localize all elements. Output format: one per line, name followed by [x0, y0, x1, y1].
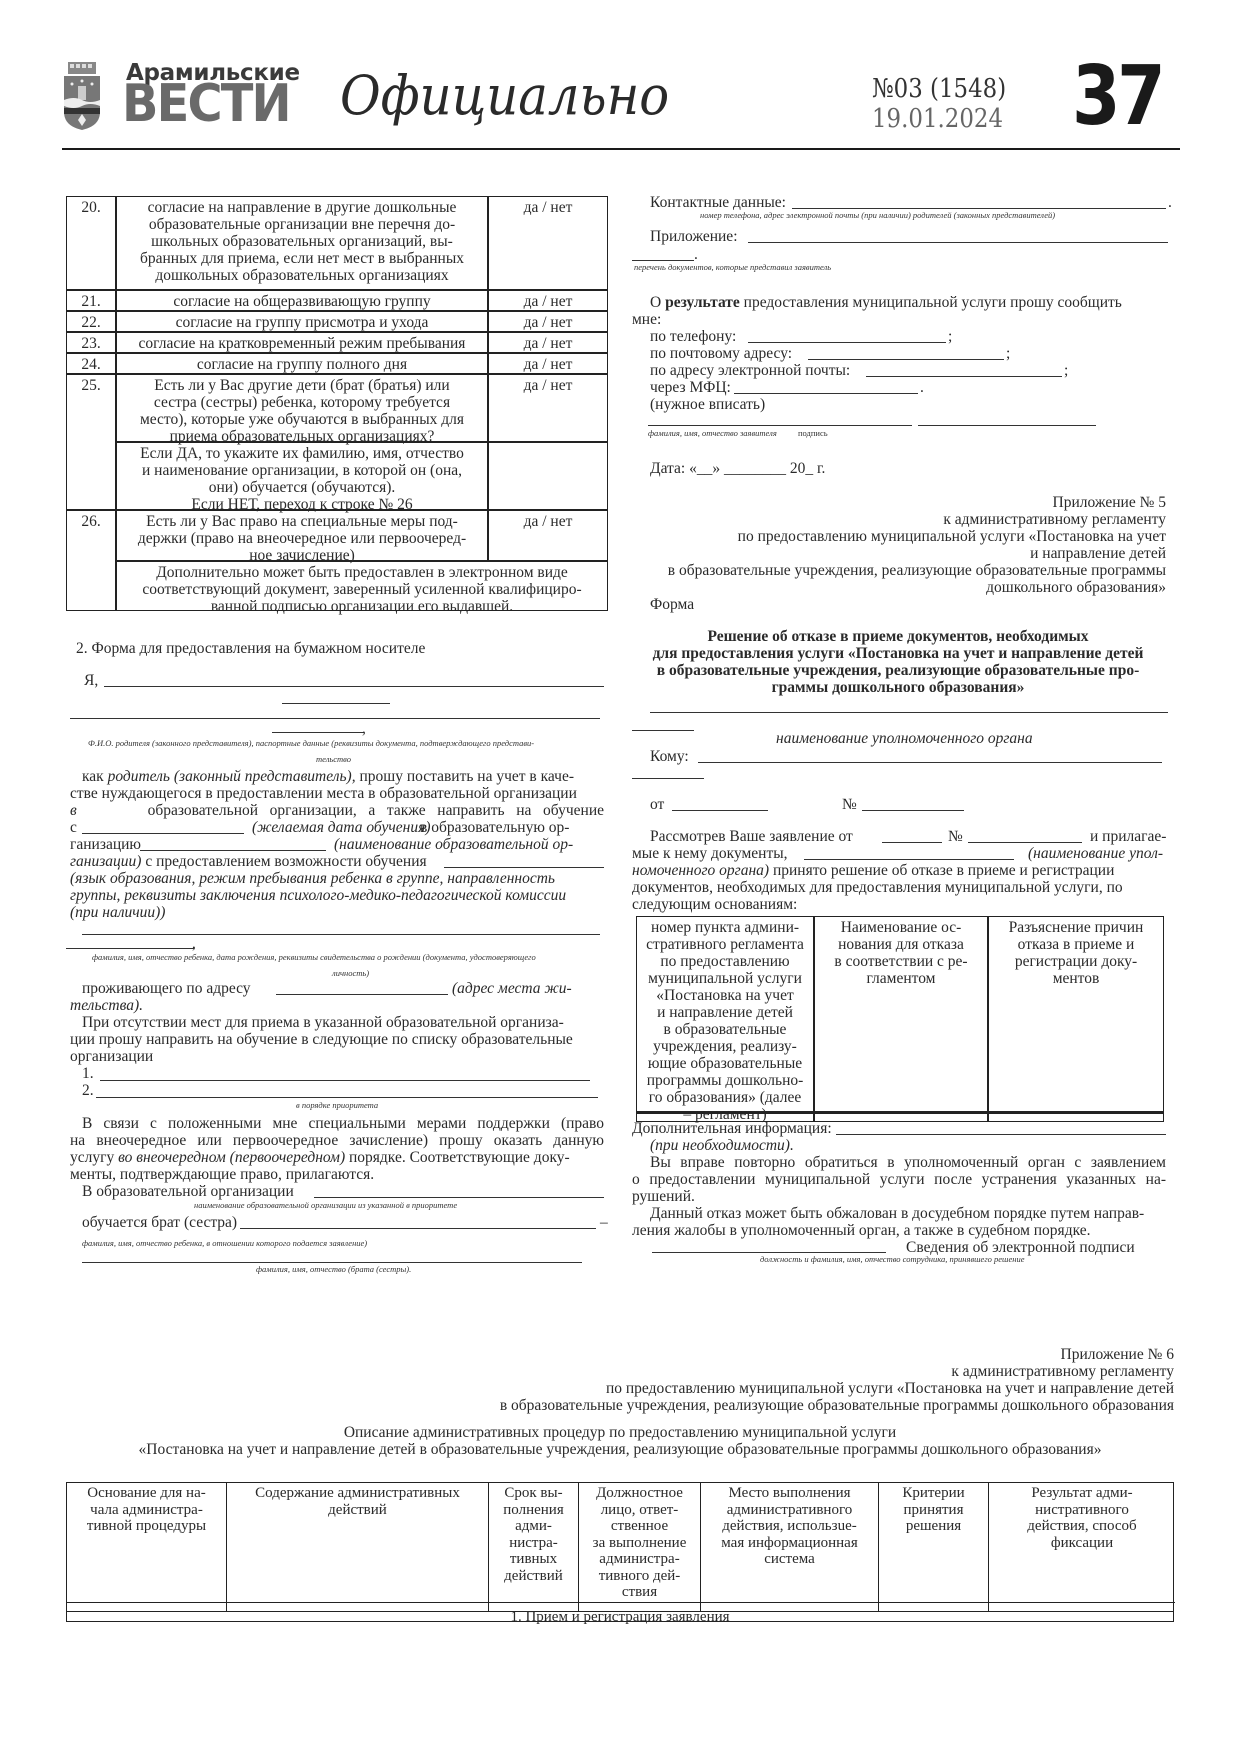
- appeal-line1: Данный отказ может быть обжалован в досу…: [650, 1205, 1144, 1222]
- appendix-6-header: Приложение № 6к административному реглам…: [380, 1346, 1174, 1414]
- brand-name-main: ВЕСТИ: [122, 78, 290, 130]
- sibling-label: обучается брат (сестра): [82, 1214, 237, 1231]
- reapply-line1: Вы вправе повторно обратиться в уполномо…: [650, 1154, 1166, 1171]
- extra-info-field[interactable]: [836, 1134, 1166, 1135]
- organ-name-field[interactable]: [804, 859, 1014, 860]
- procedures-header-cell: Место выполненияадминистративногодействи…: [701, 1483, 879, 1602]
- hint-parent-cont: тельство: [316, 754, 351, 764]
- para-parent-line6: ганизации) с предоставлением возможности…: [70, 853, 427, 870]
- hint-child-ref: фамилия, имя, отчество ребенка, в отноше…: [82, 1238, 367, 1248]
- signature-field[interactable]: [918, 425, 1096, 426]
- number-field[interactable]: [862, 810, 964, 811]
- considered-line2: мые к нему документы,: [632, 845, 788, 862]
- app-date-field[interactable]: [882, 842, 942, 843]
- paper-form-heading: 2. Форма для предоставления на бумажном …: [76, 640, 425, 657]
- para-no-places-line1: При отсутствии мест для приема в указанн…: [82, 1014, 564, 1031]
- considered-line1: Рассмотрев Ваше заявление от: [650, 828, 853, 845]
- priority-2-field[interactable]: [96, 1097, 598, 1098]
- priority-1-field[interactable]: [100, 1080, 590, 1081]
- fill-needed-note: (нужное вписать): [650, 396, 765, 413]
- hint-org: наименование образовательной организации…: [194, 1200, 457, 1210]
- by-phone-label: по телефону:: [650, 328, 736, 345]
- study-options-field[interactable]: [444, 867, 604, 868]
- procedures-empty-cell: [67, 1602, 227, 1611]
- para-parent-line3: вобразовательной организации, а также на…: [70, 802, 604, 819]
- child-info-field-cont[interactable]: [66, 948, 194, 949]
- contacts-label: Контактные данные:: [650, 194, 786, 211]
- attachment-field-cont[interactable]: [632, 260, 694, 261]
- official-field[interactable]: [652, 1252, 886, 1253]
- masthead-divider: [62, 148, 1180, 150]
- refusal-empty-cell: [814, 1112, 988, 1122]
- refusal-header-cell: Разъяснение причинотказа в приеме ирегис…: [988, 916, 1164, 1112]
- org-name-hint: (наименование образовательной ор-: [334, 836, 573, 853]
- hint-priority: в порядке приоритета: [296, 1100, 378, 1110]
- hint-signature: подпись: [798, 428, 828, 438]
- priority-1-label: 1.: [82, 1065, 94, 1082]
- dash: –: [600, 1214, 608, 1231]
- number-label: №: [842, 796, 857, 813]
- app-number-field[interactable]: [968, 842, 1082, 843]
- semicolon: ;: [948, 328, 952, 345]
- para-parent-line7: (язык образования, режим пребывания ребе…: [70, 870, 555, 887]
- parent-name-field[interactable]: [104, 686, 604, 687]
- by-email-label: по адресу электронной почты:: [650, 362, 850, 379]
- email-field[interactable]: [866, 376, 1062, 377]
- hint-applicant: фамилия, имя, отчество заявителя: [648, 428, 777, 438]
- procedures-header-cell: Результат адми-нистративногодействия, сп…: [989, 1483, 1175, 1602]
- considered-line5: следующим основаниям:: [632, 896, 797, 913]
- address-hint-cont: тельства).: [70, 997, 143, 1014]
- from-label: от: [650, 796, 664, 813]
- refusal-header-cell: номер пункта админи-стративного регламен…: [636, 916, 814, 1112]
- parent-name-field-cont[interactable]: [282, 703, 390, 704]
- appeal-line2: ления жалобы в уполномоченный орган, а т…: [632, 1222, 1090, 1239]
- dot: .: [1168, 194, 1172, 211]
- extra-info-label: Дополнительная информация:: [632, 1120, 832, 1137]
- procedures-empty-cell: [989, 1602, 1175, 1611]
- issue-number: №03 (1548): [872, 74, 1006, 104]
- to-label: Кому:: [650, 748, 689, 765]
- hint-child: фамилия, имя, отчество ребенка, дата рож…: [92, 952, 536, 962]
- to-field-cont[interactable]: [632, 778, 704, 779]
- comma: ,: [362, 720, 366, 737]
- org-name-field[interactable]: [140, 850, 326, 851]
- sibling-child-field[interactable]: [240, 1228, 596, 1229]
- organ-field-cont[interactable]: [632, 730, 694, 731]
- address-label: проживающего по адресу: [82, 980, 251, 997]
- procedures-header-cell: Основание для на-чала администра-тивной …: [67, 1483, 227, 1602]
- para-special-line3: услугу во внеочередном (первоочередном) …: [70, 1149, 570, 1166]
- parent-docs-field[interactable]: [272, 732, 364, 733]
- procedures-empty-cell: [879, 1602, 989, 1611]
- para-parent-line5: ганизацию: [70, 836, 141, 853]
- semicolon: ;: [1064, 362, 1068, 379]
- form-label: Форма: [650, 596, 694, 613]
- refusal-title: Решение об отказе в приеме документов, н…: [630, 628, 1166, 696]
- sibling-org-field[interactable]: [314, 1197, 604, 1198]
- para-special-line4: менты, подтверждающие право, прилагаются…: [70, 1166, 374, 1183]
- para-parent-line4-end: в образовательную ор-: [420, 819, 569, 836]
- date-field[interactable]: Дата: «__» ________ 20_ г.: [650, 460, 825, 477]
- dot: .: [694, 246, 698, 263]
- coat-of-arms-icon: [62, 62, 102, 130]
- sibling-name-field[interactable]: [82, 1262, 582, 1263]
- reapply-line2: о предоставлении муниципальной услуги по…: [632, 1171, 1166, 1188]
- considered-line3: номоченного органа) принято решение об о…: [632, 862, 1114, 879]
- organ-field[interactable]: [650, 712, 1168, 713]
- para-special-line1: В связи с положенными мне специальными м…: [82, 1115, 604, 1132]
- hint-child-cont: личность): [332, 968, 369, 978]
- appendix-5-header: Приложение № 5к административному реглам…: [630, 494, 1166, 596]
- address-hint: (адрес места жи-: [452, 980, 572, 997]
- number-label: №: [948, 828, 963, 845]
- para-no-places-line2: ции прошу направить на обучение в следую…: [70, 1031, 573, 1048]
- by-post-label: по почтовому адресу:: [650, 345, 792, 362]
- para-parent-line4: с: [70, 819, 77, 836]
- extra-info-hint: (при необходимости).: [650, 1137, 794, 1154]
- hint-organ: наименование уполномоченного органа: [776, 730, 1033, 747]
- attachment-field[interactable]: [748, 242, 1168, 243]
- comma: ,: [192, 935, 196, 952]
- sibling-org-label: В образовательной организации: [82, 1183, 294, 1200]
- considered-line4: документов, необходимых для предоставлен…: [632, 879, 1123, 896]
- result-request-line2: мне:: [632, 311, 661, 328]
- hint-parent: Ф.И.О. родителя (законного представителя…: [88, 738, 534, 748]
- procedures-empty-cell: [227, 1602, 489, 1611]
- para-special-line2: на внеочередное или первоочередное зачис…: [70, 1132, 604, 1149]
- hint-official: должность и фамилия, имя, отчество сотру…: [760, 1254, 1024, 1264]
- child-info-field[interactable]: [82, 934, 600, 935]
- reapply-line3: рушений.: [632, 1188, 695, 1205]
- by-mfc-label: через МФЦ:: [650, 379, 731, 396]
- phone-field[interactable]: [748, 342, 946, 343]
- procedures-title: Описание административных процедур по пр…: [66, 1424, 1174, 1458]
- para-parent-line8: группы, реквизиты заключения психолого-м…: [70, 887, 566, 904]
- refusal-header-cell: Наименование ос-нования для отказав соот…: [814, 916, 988, 1112]
- parent-passport-field[interactable]: [70, 718, 600, 719]
- desired-date-hint: (желаемая дата обучения): [252, 819, 430, 836]
- desired-date-field[interactable]: [82, 833, 244, 834]
- semicolon: ;: [1006, 345, 1010, 362]
- ya-label: Я,: [84, 672, 98, 689]
- procedures-header-cell: Срок вы-полненияадми-нистра-тивныхдейств…: [489, 1483, 579, 1602]
- table-frame: [66, 196, 608, 611]
- issue-date: 19.01.2024: [872, 104, 1003, 134]
- priority-2-label: 2.: [82, 1082, 94, 1099]
- attachment-label: Приложение:: [650, 228, 738, 245]
- para-no-places-line3: организации: [70, 1048, 153, 1065]
- result-request-line1: О результате предоставления муниципально…: [650, 294, 1122, 311]
- procedures-header-cell: Содержание административныхдействий: [227, 1483, 489, 1602]
- para-parent-line2: стве нуждающегося в предоставлении места…: [70, 785, 577, 802]
- postal-address-field[interactable]: [808, 359, 1004, 360]
- hint-sibling: фамилия, имя, отчество (брата (сестры).: [256, 1264, 411, 1274]
- from-date-field[interactable]: [672, 810, 768, 811]
- para-parent-line1: как родитель (законный представитель), п…: [82, 768, 574, 785]
- mfc-field[interactable]: [734, 393, 918, 394]
- considered-line1-end: и прилагае-: [1090, 828, 1166, 845]
- section-title: Официально: [340, 64, 669, 127]
- hint-contacts: номер телефона, адрес электронной почты …: [700, 210, 1055, 220]
- dot: .: [920, 379, 924, 396]
- page-number: 37: [1072, 52, 1162, 142]
- organ-hint: (наименование упол-: [1028, 845, 1163, 862]
- to-field[interactable]: [698, 762, 1162, 763]
- procedures-header-cell: Должностноелицо, ответ-ственноеза выполн…: [579, 1483, 701, 1602]
- para-parent-line9: (при наличии)): [70, 904, 165, 921]
- contacts-field[interactable]: [792, 208, 1166, 209]
- applicant-name-field[interactable]: [648, 425, 912, 426]
- procedures-header-cell: Критериипринятиярешения: [879, 1483, 989, 1602]
- address-field[interactable]: [276, 994, 448, 995]
- hint-attachment: перечень документов, которые представил …: [634, 262, 831, 272]
- refusal-empty-cell: [988, 1112, 1164, 1122]
- procedures-table: Основание для на-чала администра-тивной …: [66, 1482, 1174, 1622]
- procedures-section-row: 1. Прием и регистрация заявления: [67, 1611, 1173, 1622]
